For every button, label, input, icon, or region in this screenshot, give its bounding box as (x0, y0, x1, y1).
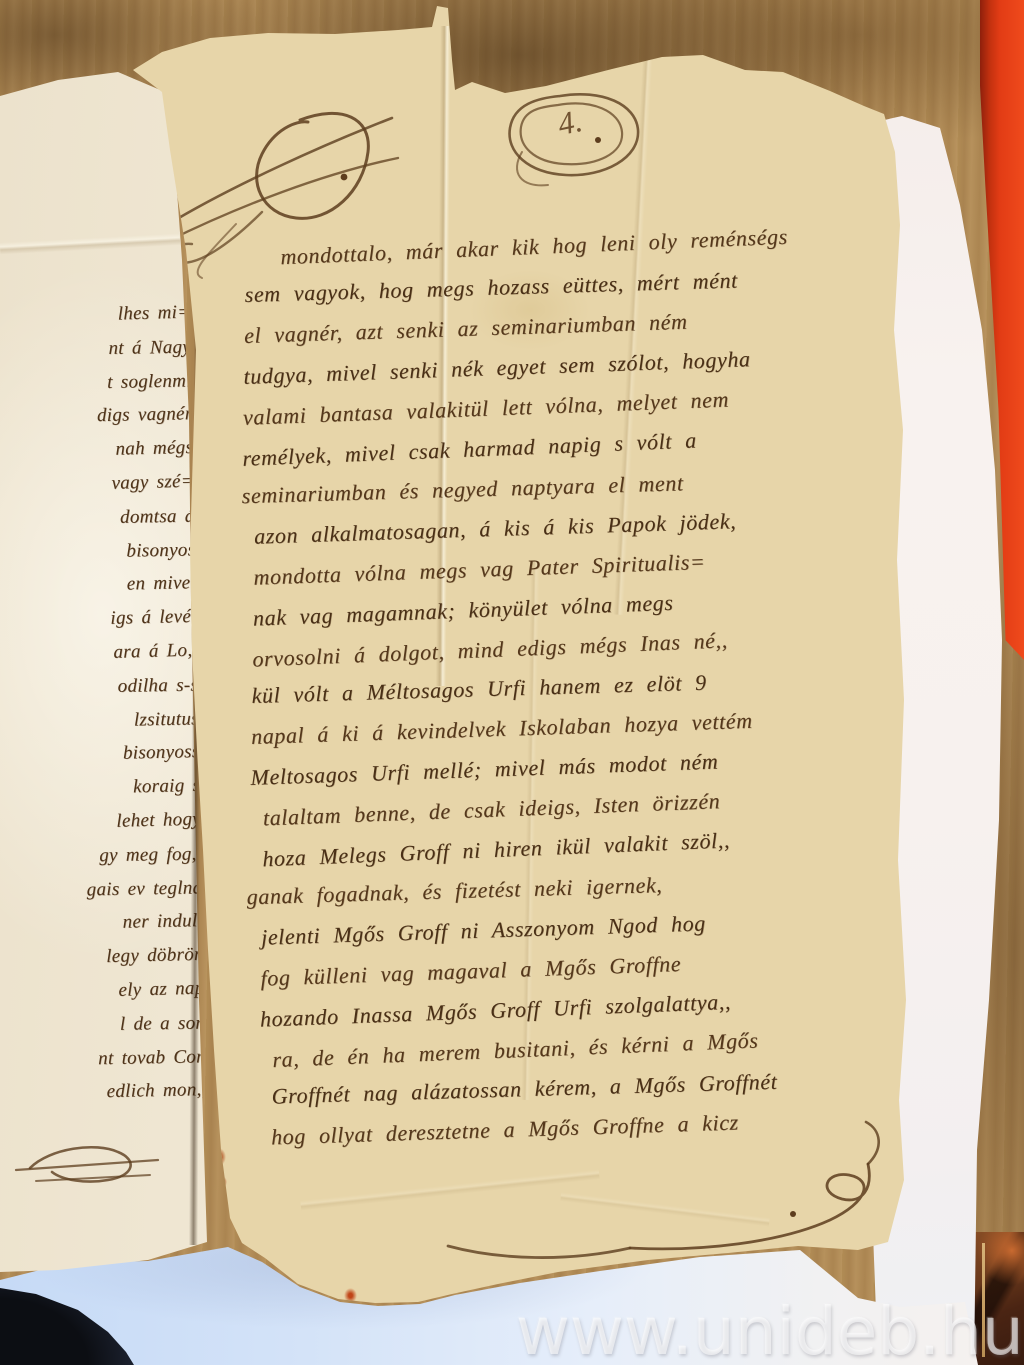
left-folio-line: l de a son (19, 1006, 205, 1043)
left-folio-line: lzsitutus (5, 702, 200, 739)
fold-crease (300, 1169, 599, 1210)
left-folio-line: bisonyos (11, 533, 196, 570)
left-folio-line: domtsa á (0, 499, 195, 536)
left-folio-line: ner indult (10, 904, 204, 942)
manuscript-body-text: mondottalo, már akar kik hog leni oly re… (238, 214, 920, 1158)
fold-crease (560, 1192, 770, 1227)
left-folio-line: ely az nap (20, 971, 205, 1010)
left-folio-line: nah mégs (2, 431, 194, 469)
left-folio-line: gy meg fog,, (12, 837, 201, 874)
left-folio-line: lhes mi= (0, 296, 191, 335)
left-folio-line: vagy szé= (1, 465, 195, 504)
left-folio-line: nt tovab Con (18, 1040, 207, 1077)
left-folio-line: t soglenmi (5, 364, 193, 401)
left-folio-line: digs vagnér (3, 398, 193, 436)
left-folio-line: legy döbrön (8, 938, 204, 976)
left-folio-text: lhes mi=nt á Nagyt soglenmidigs vagnérna… (0, 296, 217, 1111)
left-folio-line: lehet hogy (14, 803, 202, 842)
photo-of-manuscript: lhes mi=nt á Nagyt soglenmidigs vagnérna… (0, 0, 1024, 1365)
page-mark-text: 4. (554, 102, 585, 143)
scribble-flourish-icon (16, 1147, 158, 1181)
left-folio-line: en mivel (10, 567, 197, 605)
left-folio-line: odilha s-s (6, 668, 198, 705)
left-folio-line: bisonyoss (3, 735, 200, 773)
left-folio-line: nt á Nagy (6, 331, 191, 368)
watermark-text: www.unideb.hu (516, 1293, 1024, 1365)
left-folio-line: gais ev teglnd (11, 871, 203, 908)
left-folio-line: igs á levél (8, 600, 197, 638)
left-folio-line: edlich mon,, (16, 1073, 207, 1111)
left-folio-line: koraig s (15, 769, 201, 807)
left-folio-line: ara á Lo,, (7, 634, 198, 673)
